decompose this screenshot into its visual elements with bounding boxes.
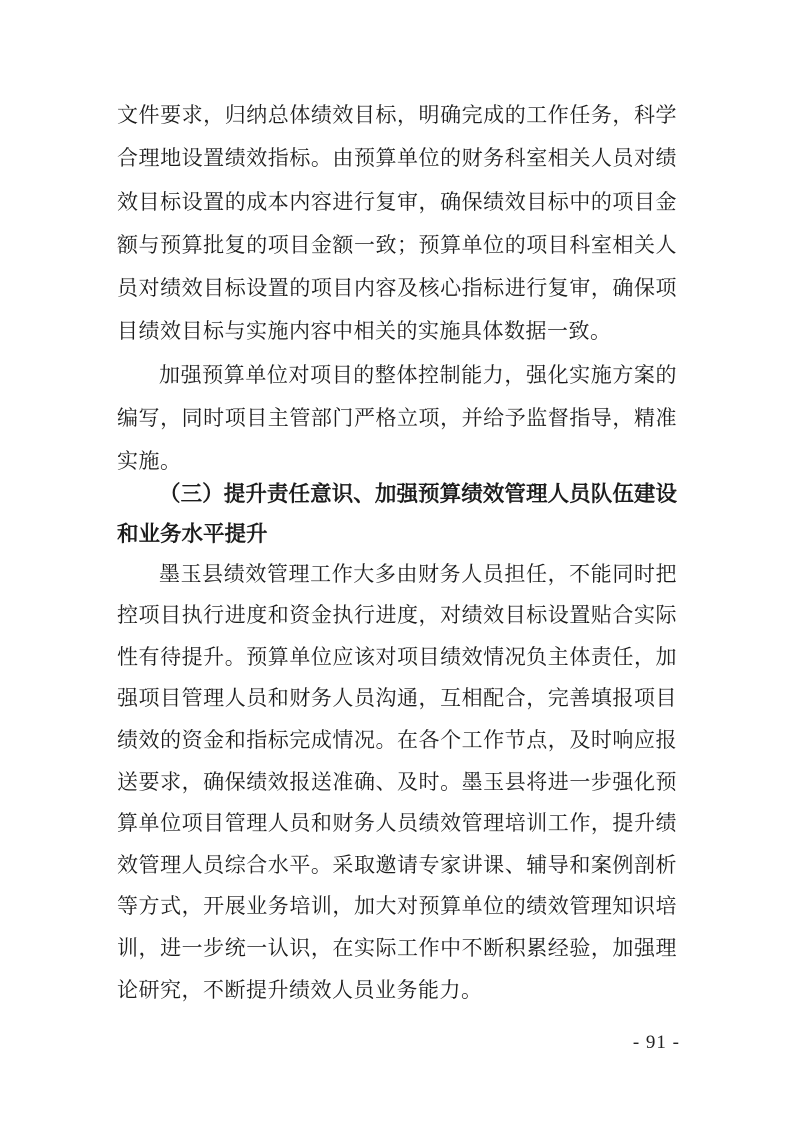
document-page: 文件要求，归纳总体绩效目标，明确完成的工作任务，科学合理地设置绩效指标。由预算单… (0, 0, 793, 1122)
body-text-line: 墨玉县绩效管理工作大多由财务人员担任，不能同时把 (117, 554, 677, 596)
body-text-line: 目绩效目标与实施内容中相关的实施具体数据一致。 (117, 310, 677, 353)
heading-line: （三）提升责任意识、加强预算绩效管理人员队伍建设 (117, 474, 677, 514)
body-text-line: 性有待提升。预算单位应该对项目绩效情况负主体责任，加 (117, 637, 677, 679)
paragraph: 墨玉县绩效管理工作大多由财务人员担任，不能同时把控项目执行进度和资金执行进度，对… (117, 554, 677, 1012)
body-text-line: 送要求，确保绩效报送准确、及时。墨玉县将进一步强化预 (117, 762, 677, 804)
document-body: 文件要求，归纳总体绩效目标，明确完成的工作任务，科学合理地设置绩效指标。由预算单… (117, 94, 677, 1011)
body-text-line: 绩效的资金和指标完成情况。在各个工作节点，及时响应报 (117, 720, 677, 762)
body-text-line: 加强预算单位对项目的整体控制能力，强化实施方案的 (117, 354, 677, 397)
body-text-line: 编写，同时项目主管部门严格立项，并给予监督指导，精准 (117, 397, 677, 440)
body-text-line: 额与预算批复的项目金额一致；预算单位的项目科室相关人 (117, 224, 677, 267)
page-number: - 91 - (633, 1032, 680, 1054)
body-text-line: 强项目管理人员和财务人员沟通，互相配合，完善填报项目 (117, 678, 677, 720)
body-text-line: 合理地设置绩效指标。由预算单位的财务科室相关人员对绩 (117, 137, 677, 180)
paragraph: 加强预算单位对项目的整体控制能力，强化实施方案的编写，同时项目主管部门严格立项，… (117, 354, 677, 484)
paragraph: 文件要求，归纳总体绩效目标，明确完成的工作任务，科学合理地设置绩效指标。由预算单… (117, 94, 677, 354)
body-text-line: 效目标设置的成本内容进行复审，确保绩效目标中的项目金 (117, 181, 677, 224)
body-text-line: 训，进一步统一认识，在实际工作中不断积累经验，加强理 (117, 928, 677, 970)
body-text-line: 论研究，不断提升绩效人员业务能力。 (117, 970, 677, 1012)
body-text-line: 控项目执行进度和资金执行进度，对绩效目标设置贴合实际 (117, 595, 677, 637)
body-text-line: 等方式，开展业务培训，加大对预算单位的绩效管理知识培 (117, 886, 677, 928)
body-text-line: 算单位项目管理人员和财务人员绩效管理培训工作，提升绩 (117, 803, 677, 845)
body-text-line: 文件要求，归纳总体绩效目标，明确完成的工作任务，科学 (117, 94, 677, 137)
heading-line: 和业务水平提升 (117, 514, 677, 554)
section-heading: （三）提升责任意识、加强预算绩效管理人员队伍建设和业务水平提升 (117, 474, 677, 554)
body-text-line: 员对绩效目标设置的项目内容及核心指标进行复审，确保项 (117, 267, 677, 310)
body-text-line: 效管理人员综合水平。采取邀请专家讲课、辅导和案例剖析 (117, 845, 677, 887)
